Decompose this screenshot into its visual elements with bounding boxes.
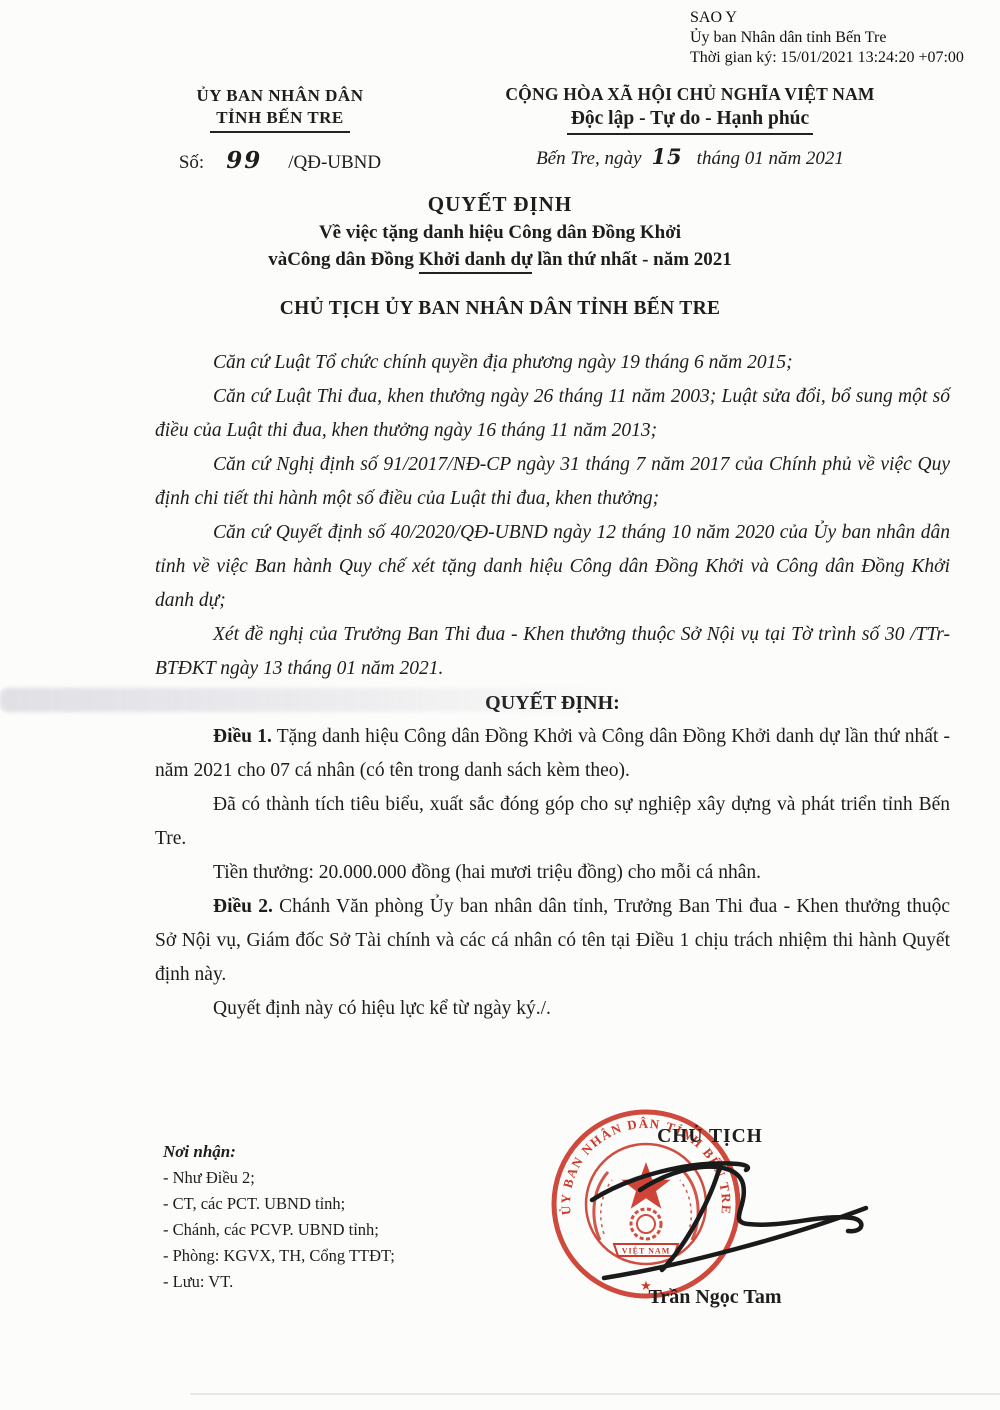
article-1-achievement: Đã có thành tích tiêu biểu, xuất sắc đón… bbox=[155, 788, 950, 856]
recipient-item: - Chánh, các PCVP. UBND tỉnh; bbox=[163, 1217, 395, 1243]
cert-agency: Ủy ban Nhân dân tỉnh Bến Tre bbox=[690, 28, 964, 48]
document-body: Căn cứ Luật Tổ chức chính quyền địa phươ… bbox=[155, 346, 950, 1026]
issuer-block: ỦY BAN NHÂN DÂN TỈNH BẾN TRE Số:99/QĐ-UB… bbox=[130, 86, 430, 174]
handwritten-day: 15 bbox=[651, 144, 682, 169]
effectivity-clause: Quyết định này có hiệu lực kể từ ngày ký… bbox=[155, 992, 950, 1026]
place-date-line: Bến Tre, ngày15tháng 01 năm 2021 bbox=[420, 144, 960, 170]
article-2: Điều 2. Chánh Văn phòng Ủy ban nhân dân … bbox=[155, 890, 950, 992]
issuing-authority-heading: CHỦ TỊCH ỦY BAN NHÂN DÂN TỈNH BẾN TRE bbox=[0, 298, 1000, 320]
subject-line-2: vàCông dân Đồng Khởi danh dự lần thứ nhấ… bbox=[0, 249, 1000, 271]
preamble-paragraph: Căn cứ Luật Thi đua, khen thưởng ngày 26… bbox=[155, 380, 950, 448]
issuer-name: ỦY BAN NHÂN DÂN bbox=[130, 86, 430, 106]
preamble-paragraph: Căn cứ Nghị định số 91/2017/NĐ-CP ngày 3… bbox=[155, 448, 950, 516]
article-1-reward: Tiền thưởng: 20.000.000 đồng (hai mươi t… bbox=[155, 856, 950, 890]
national-title: CỘNG HÒA XÃ HỘI CHỦ NGHĨA VIỆT NAM bbox=[420, 84, 960, 105]
handwritten-number: 99 bbox=[226, 147, 262, 174]
preamble-paragraph: Căn cứ Luật Tổ chức chính quyền địa phươ… bbox=[155, 346, 950, 380]
scanned-decision-document: { "certification": { "line1": "SAO Y", "… bbox=[0, 0, 1000, 1410]
recipient-item: - CT, các PCT. UBND tỉnh; bbox=[163, 1191, 395, 1217]
scan-line-artifact bbox=[190, 1393, 1000, 1395]
recipient-item: - Lưu: VT. bbox=[163, 1269, 395, 1295]
subject-line-1: Về việc tặng danh hiệu Công dân Đồng Khở… bbox=[0, 222, 1000, 244]
handwritten-signature bbox=[570, 1138, 890, 1288]
recipient-item: - Như Điều 2; bbox=[163, 1165, 395, 1191]
national-motto: Độc lập - Tự do - Hạnh phúc bbox=[567, 108, 813, 135]
recipients-heading: Nơi nhận: bbox=[163, 1139, 395, 1165]
cert-sao-y: SAO Y bbox=[690, 8, 964, 28]
recipient-item: - Phòng: KGVX, TH, Cổng TTĐT; bbox=[163, 1243, 395, 1269]
document-number: Số:99/QĐ-UBND bbox=[130, 147, 430, 174]
scan-smudge bbox=[0, 688, 640, 712]
document-type-heading: QUYẾT ĐỊNH bbox=[0, 192, 1000, 217]
issuer-province: TỈNH BẾN TRE bbox=[210, 108, 350, 133]
cert-sign-time: Thời gian ký: 15/01/2021 13:24:20 +07:00 bbox=[690, 48, 964, 68]
title-block: QUYẾT ĐỊNH Về việc tặng danh hiệu Công d… bbox=[0, 192, 1000, 320]
preamble-paragraph: Căn cứ Quyết định số 40/2020/QĐ-UBND ngà… bbox=[155, 516, 950, 618]
recipients-block: Nơi nhận: - Như Điều 2; - CT, các PCT. U… bbox=[163, 1139, 395, 1295]
signer-name: Trần Ngọc Tam bbox=[605, 1286, 825, 1309]
article-1: Điều 1. Tặng danh hiệu Công dân Đồng Khở… bbox=[155, 720, 950, 788]
national-header-block: CỘNG HÒA XÃ HỘI CHỦ NGHĨA VIỆT NAM Độc l… bbox=[420, 84, 960, 170]
preamble-paragraph: Xét đề nghị của Trưởng Ban Thi đua - Khe… bbox=[155, 618, 950, 686]
digital-certification-stamp: SAO Y Ủy ban Nhân dân tỉnh Bến Tre Thời … bbox=[690, 8, 964, 68]
